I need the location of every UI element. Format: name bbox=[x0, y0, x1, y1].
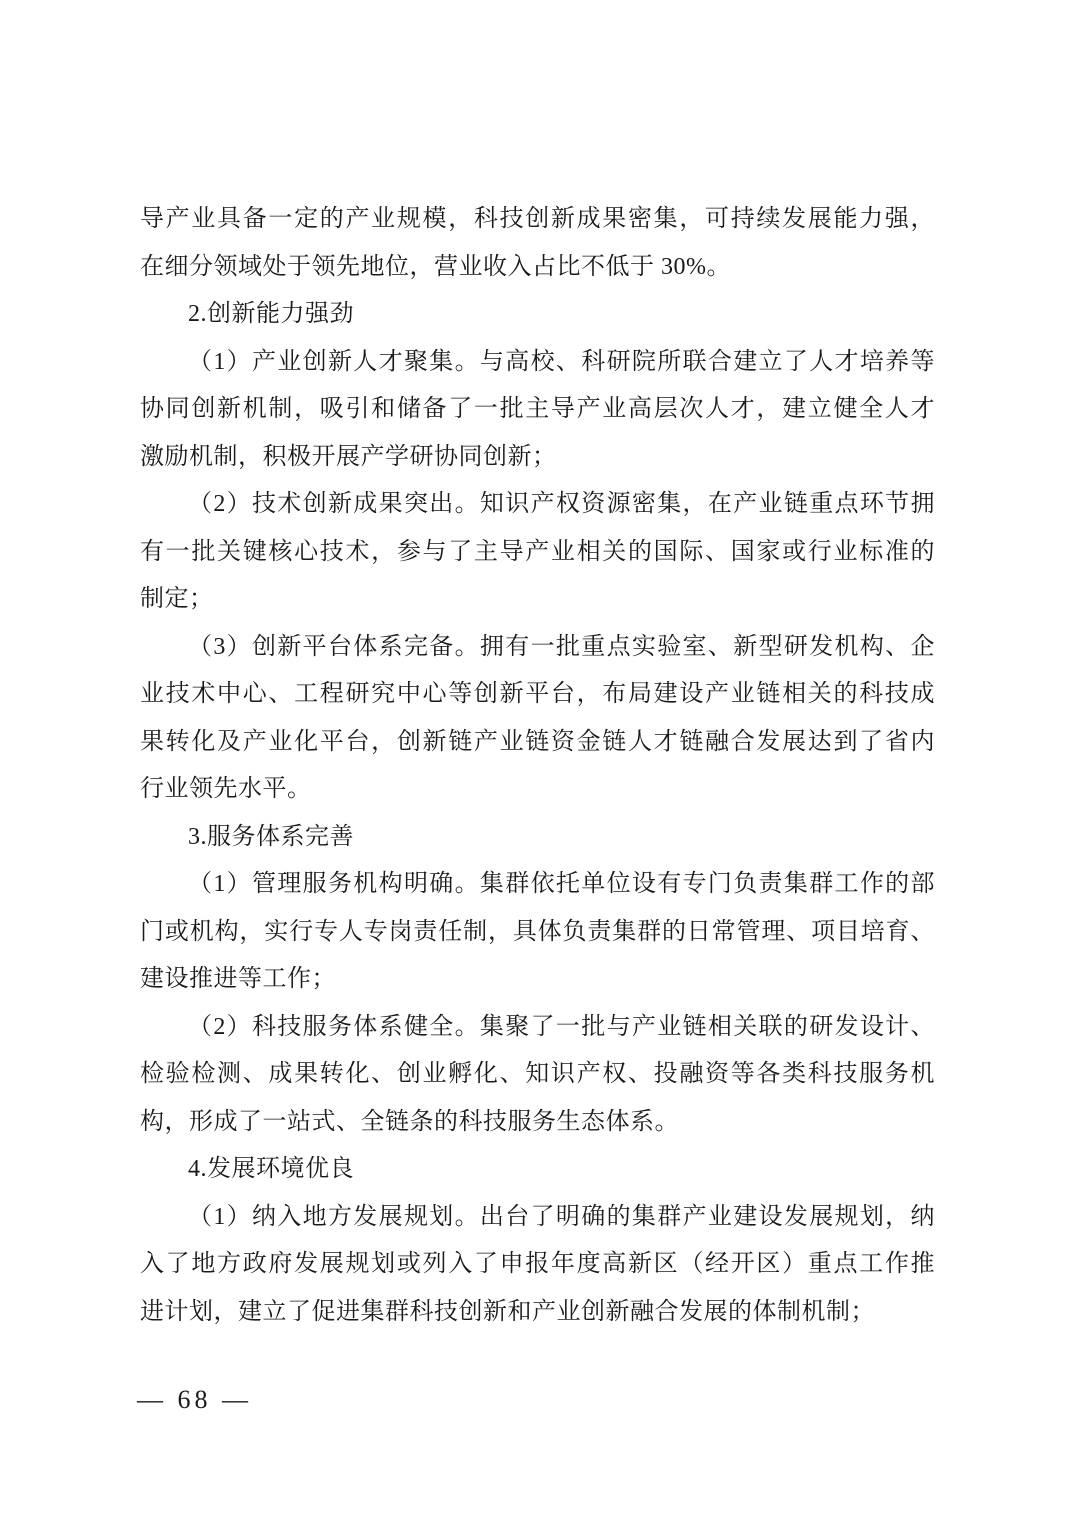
document-text-block: 导产业具备一定的产业规模，科技创新成果密集，可持续发展能力强， 在细分领域处于领… bbox=[140, 196, 935, 1336]
body-text-line: （2）科技服务体系健全。集聚了一批与产业链相关联的研发设计、 bbox=[140, 1004, 935, 1052]
body-text-line: 制定； bbox=[140, 576, 935, 624]
page-number-footer: — 68 — bbox=[137, 1384, 252, 1416]
body-text-line: 构，形成了一站式、全链条的科技服务生态体系。 bbox=[140, 1099, 935, 1147]
body-text-line: 协同创新机制，吸引和储备了一批主导产业高层次人才，建立健全人才 bbox=[140, 386, 935, 434]
body-text-line: 门或机构，实行专人专岗责任制，具体负责集群的日常管理、项目培育、 bbox=[140, 909, 935, 957]
body-text-line: 建设推进等工作； bbox=[140, 956, 935, 1004]
section-heading: 3.服务体系完善 bbox=[140, 814, 935, 862]
body-text-line: 果转化及产业化平台，创新链产业链资金链人才链融合发展达到了省内 bbox=[140, 719, 935, 767]
body-text-line: （1）产业创新人才聚集。与高校、科研院所联合建立了人才培养等 bbox=[140, 339, 935, 387]
section-heading: 4.发展环境优良 bbox=[140, 1146, 935, 1194]
body-text-line: 有一批关键核心技术，参与了主导产业相关的国际、国家或行业标准的 bbox=[140, 529, 935, 577]
body-text-line: 激励机制，积极开展产学研协同创新； bbox=[140, 434, 935, 482]
body-text-line: 业技术中心、工程研究中心等创新平台，布局建设产业链相关的科技成 bbox=[140, 671, 935, 719]
document-page: 导产业具备一定的产业规模，科技创新成果密集，可持续发展能力强， 在细分领域处于领… bbox=[0, 0, 1074, 1520]
body-text-line: 检验检测、成果转化、创业孵化、知识产权、投融资等各类科技服务机 bbox=[140, 1051, 935, 1099]
body-text-line: 进计划，建立了促进集群科技创新和产业创新融合发展的体制机制； bbox=[140, 1289, 935, 1337]
body-text-line: （3）创新平台体系完备。拥有一批重点实验室、新型研发机构、企 bbox=[140, 624, 935, 672]
body-text-line: 导产业具备一定的产业规模，科技创新成果密集，可持续发展能力强， bbox=[140, 196, 935, 244]
body-text-line: （1）纳入地方发展规划。出台了明确的集群产业建设发展规划，纳 bbox=[140, 1194, 935, 1242]
body-text-line: 行业领先水平。 bbox=[140, 766, 935, 814]
body-text-line: 入了地方政府发展规划或列入了申报年度高新区（经开区）重点工作推 bbox=[140, 1241, 935, 1289]
body-text-line: 在细分领域处于领先地位，营业收入占比不低于 30%。 bbox=[140, 244, 935, 292]
body-text-line: （2）技术创新成果突出。知识产权资源密集，在产业链重点环节拥 bbox=[140, 481, 935, 529]
section-heading: 2.创新能力强劲 bbox=[140, 291, 935, 339]
body-text-line: （1）管理服务机构明确。集群依托单位设有专门负责集群工作的部 bbox=[140, 861, 935, 909]
